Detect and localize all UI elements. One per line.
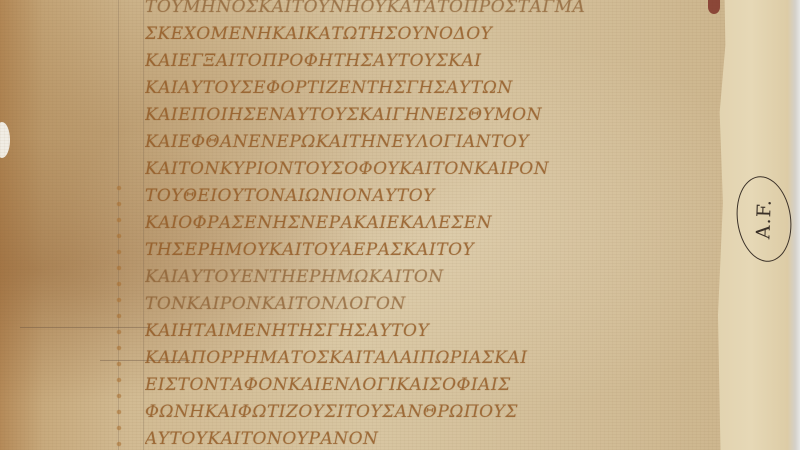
text-line: ΕΙΣΤΟΝΤΑΦΟΝΚΑΙΕΝΛΟΓΙΚΑΙΣΟΦΙΑΙΣ xyxy=(145,372,715,399)
text-line: ΤΟΥΜΗΝΟΣΚΑΙΤΟΥΝΗΟΥΚΑΤΑΤΟΠΡΟΣΤΑΓΜΑ xyxy=(145,0,715,21)
ruling-line xyxy=(100,360,190,361)
stamp-text: A.F. xyxy=(752,199,775,240)
ruling-line xyxy=(143,0,144,450)
ruling-line xyxy=(20,327,150,328)
ink-bleed-column xyxy=(112,180,126,450)
text-line: ΤΟΝΚΑΙΡΟΝΚΑΙΤΟΝΛΟΓΟΝ xyxy=(145,291,715,318)
text-line: ΚΑΙΕΠΟΙΗΣΕΝΑΥΤΟΥΣΚΑΙΓΗΝΕΙΣΘΥΜΟΝ xyxy=(145,102,715,129)
manuscript-photo: ΤΟΥΜΗΝΟΣΚΑΙΤΟΥΝΗΟΥΚΑΤΑΤΟΠΡΟΣΤΑΓΜΑ ΣΚΕΧΟΜ… xyxy=(0,0,800,450)
text-line: ΦΩΝΗΚΑΙΦΩΤΙΖΟΥΣΙΤΟΥΣΑΝΘΡΩΠΟΥΣ xyxy=(145,399,715,426)
text-line: ΚΑΙΤΟΝΚΥΡΙΟΝΤΟΥΣΟΦΟΥΚΑΙΤΟΝΚΑΙΡΟΝ xyxy=(145,156,715,183)
text-line: ΚΑΙΕΦΘΑΝΕΝΕΡΩΚΑΙΤΗΝΕΥΛΟΓΙΑΝΤΟΥ xyxy=(145,129,715,156)
text-line: ΣΚΕΧΟΜΕΝΗΚΑΙΚΑΤΩΤΗΣΟΥΝΟΔΟΥ xyxy=(145,21,715,48)
parchment-page: ΤΟΥΜΗΝΟΣΚΑΙΤΟΥΝΗΟΥΚΑΤΑΤΟΠΡΟΣΤΑΓΜΑ ΣΚΕΧΟΜ… xyxy=(0,0,730,450)
text-line: ΚΑΙΑΠΟΡΡΗΜΑΤΟΣΚΑΙΤΑΛΑΙΠΩΡΙΑΣΚΑΙ xyxy=(145,345,715,372)
text-line: ΚΑΙΕΓΞΑΙΤΟΠΡΟΦΗΤΗΣΑΥΤΟΥΣΚΑΙ xyxy=(145,48,715,75)
text-line: ΚΑΙΗΤΑΙΜΕΝΗΤΗΣΓΗΣΑΥΤΟΥ xyxy=(145,318,715,345)
ruling-line xyxy=(118,0,119,450)
text-line: ΚΑΙΑΥΤΟΥΕΝΤΗΕΡΗΜΩΚΑΙΤΟΝ xyxy=(145,264,715,291)
text-line: ΑΥΤΟΥΚΑΙΤΟΝΟΥΡΑΝΟΝ xyxy=(145,426,715,450)
text-line: ΚΑΙΟΦΡΑΣΕΝΗΣΝΕΡΑΚΑΙΕΚΑΛΕΣΕΝ xyxy=(145,210,715,237)
red-ink-mark xyxy=(708,0,720,14)
manuscript-text: ΤΟΥΜΗΝΟΣΚΑΙΤΟΥΝΗΟΥΚΑΤΑΤΟΠΡΟΣΤΑΓΜΑ ΣΚΕΧΟΜ… xyxy=(145,0,715,450)
text-line: ΚΑΙΑΥΤΟΥΣΕΦΟΡΤΙΖΕΝΤΗΣΓΗΣΑΥΤΩΝ xyxy=(145,75,715,102)
text-line: ΤΟΥΘΕΙΟΥΤΟΝΑΙΩΝΙΟΝΑΥΤΟΥ xyxy=(145,183,715,210)
text-line: ΤΗΣΕΡΗΜΟΥΚΑΙΤΟΥΑΕΡΑΣΚΑΙΤΟΥ xyxy=(145,237,715,264)
parchment-hole xyxy=(0,122,10,158)
